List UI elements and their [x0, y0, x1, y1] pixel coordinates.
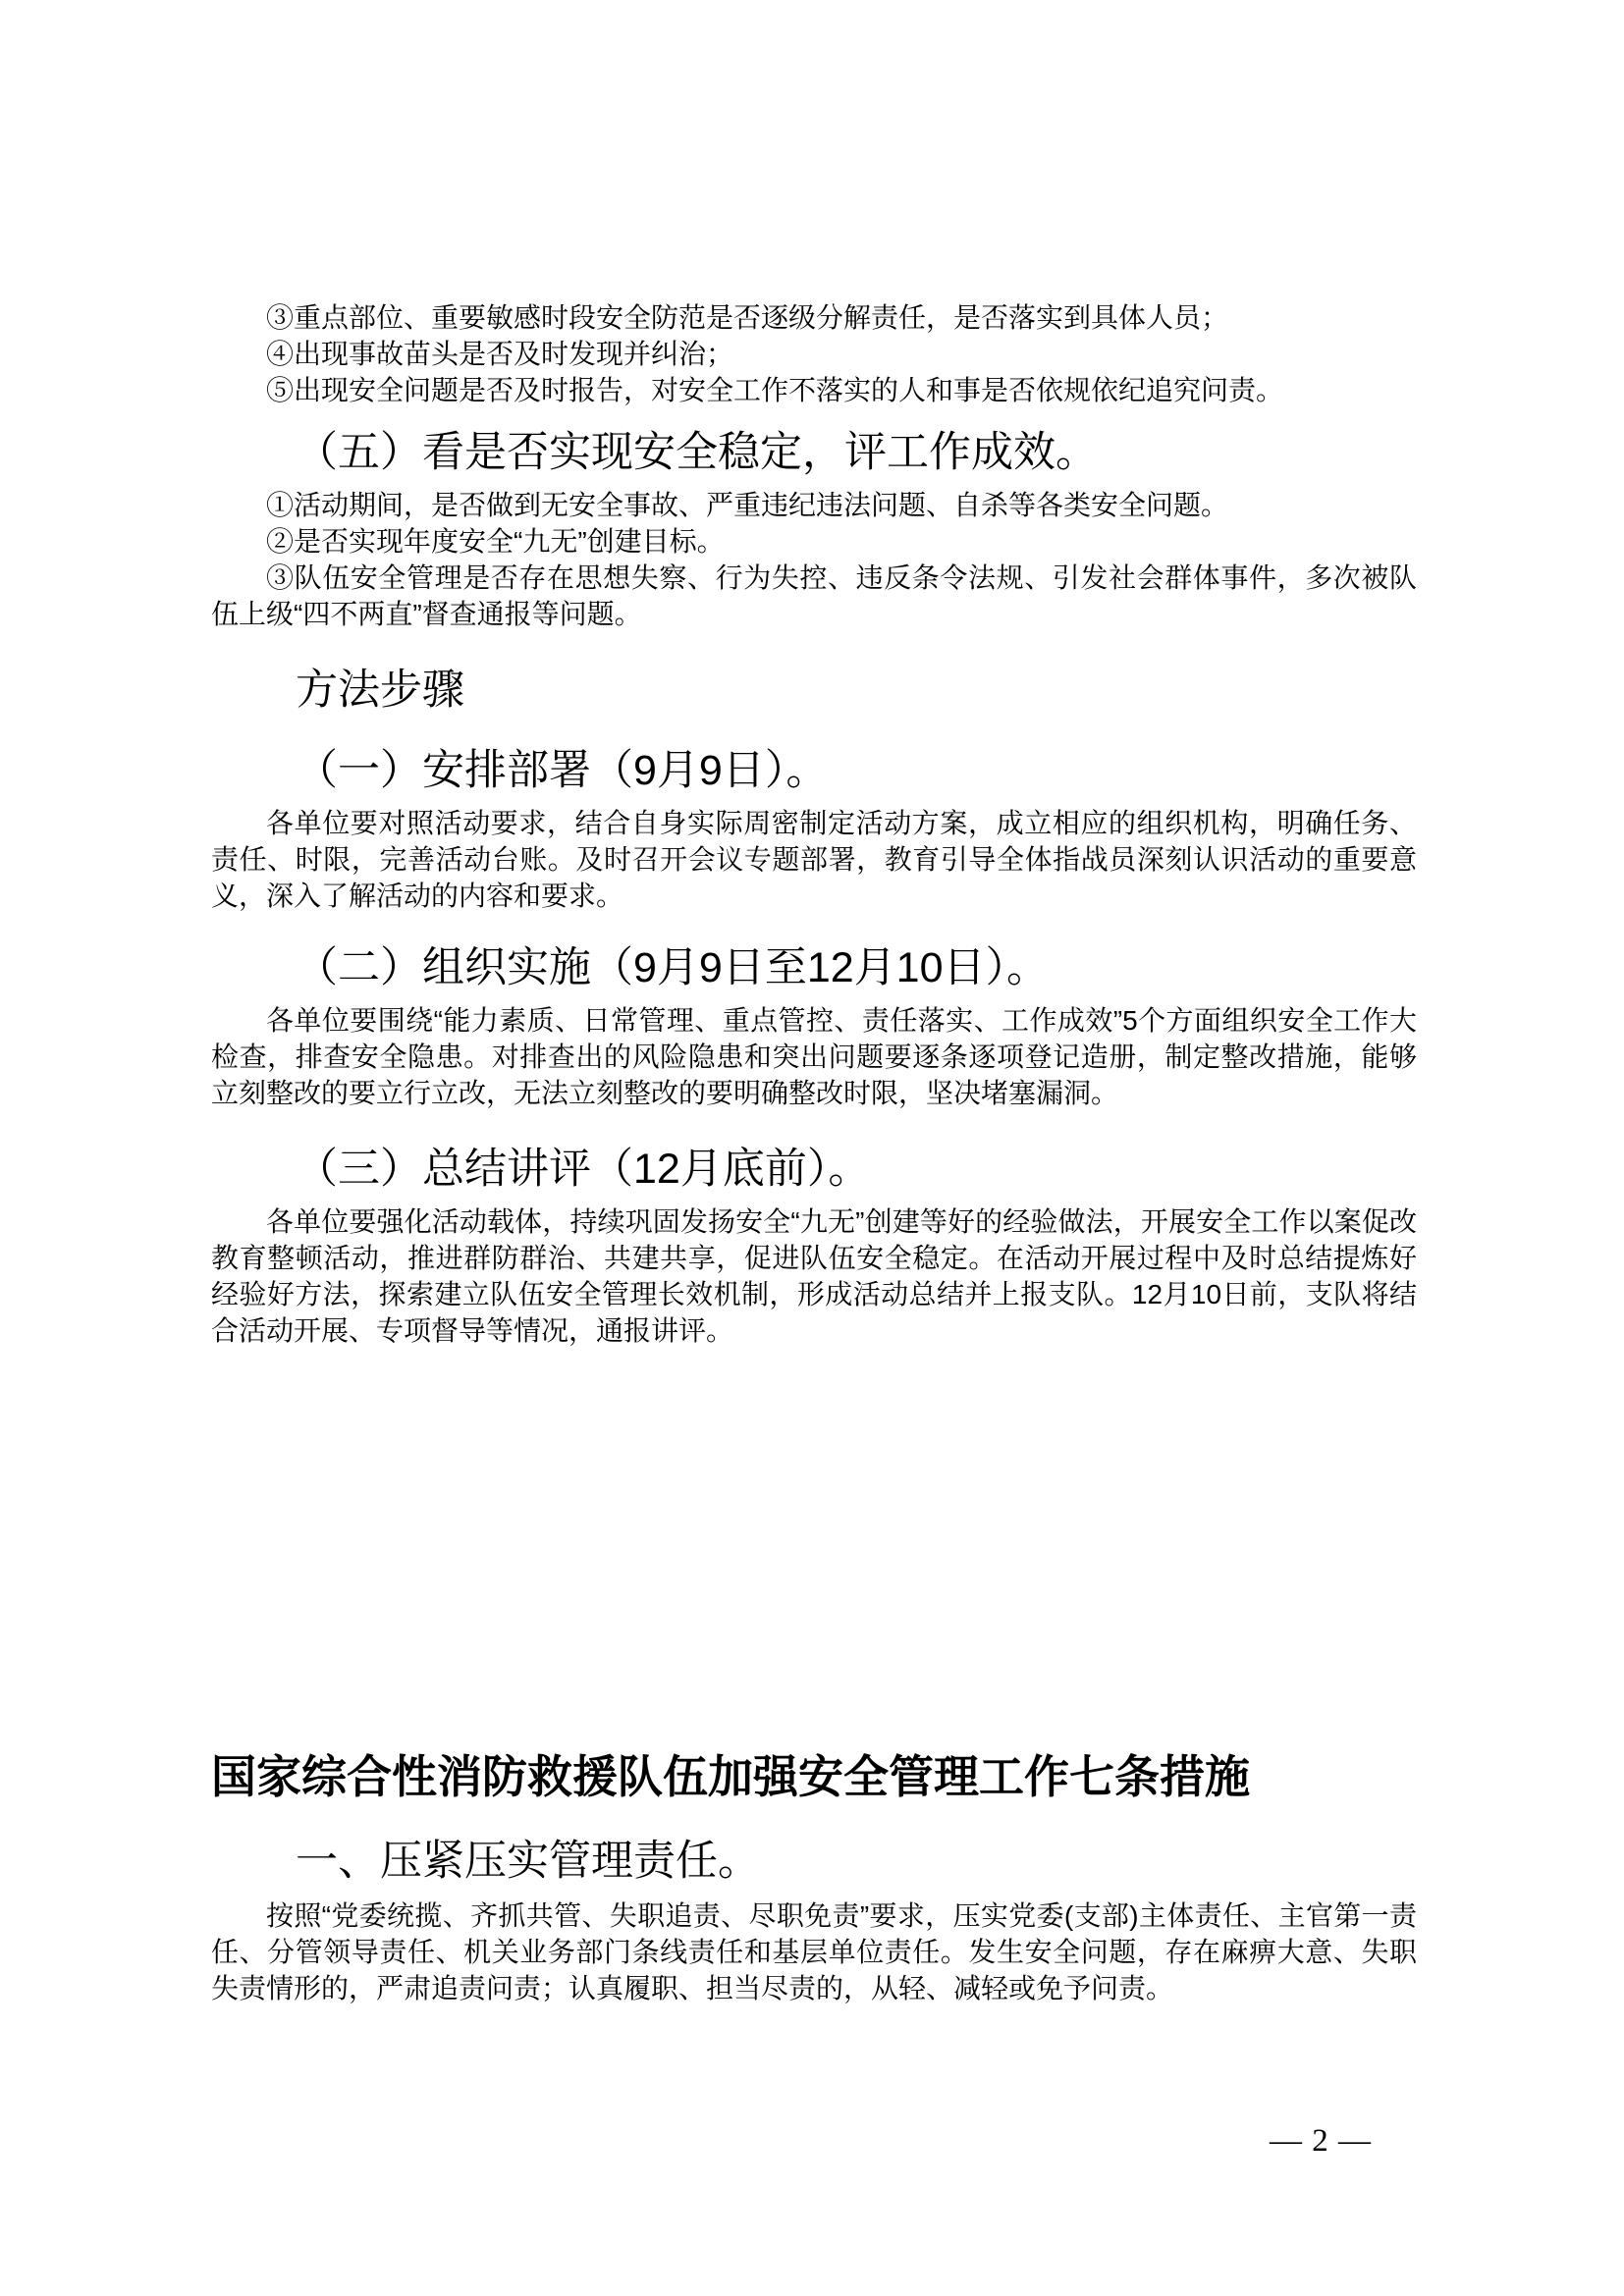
step-1-heading: （一）安排部署（9月9日）。: [211, 742, 1417, 799]
check-item-4: ④出现事故苗头是否及时发现并纠治；: [211, 336, 1417, 372]
section-5-item-1: ①活动期间，是否做到无安全事故、严重违纪违法问题、自杀等各类安全问题。: [211, 487, 1417, 523]
section-5-item-3: ③队伍安全管理是否存在思想失察、行为失控、违反条令法规、引发社会群体事件，多次被…: [211, 560, 1417, 632]
section-5-item-2: ②是否实现年度安全“九无”创建目标。: [211, 523, 1417, 560]
document-body: ③重点部位、重要敏感时段安全防范是否逐级分解责任，是否落实到具体人员； ④出现事…: [211, 0, 1417, 2006]
method-steps-heading: 方法步骤: [211, 662, 1417, 719]
page-number: — 2 —: [1270, 2123, 1372, 2160]
document-page: ③重点部位、重要敏感时段安全防范是否逐级分解责任，是否落实到具体人员； ④出现事…: [0, 0, 1624, 2296]
check-item-5: ⑤出现安全问题是否及时报告，对安全工作不落实的人和事是否依规依纪追究问责。: [211, 372, 1417, 408]
measure-1-paragraph: 按照“党委统揽、齐抓共管、失职追责、尽职免责”要求，压实党委(支部)主体责任、主…: [211, 1897, 1417, 2006]
step-3-heading: （三）总结讲评（12月底前）。: [211, 1141, 1417, 1198]
step-2-heading: （二）组织实施（9月9日至12月10日）。: [211, 939, 1417, 996]
step-1-paragraph: 各单位要对照活动要求，结合自身实际周密制定活动方案，成立相应的组织机构，明确任务…: [211, 805, 1417, 914]
step-3-paragraph: 各单位要强化活动载体，持续巩固发扬安全“九无”创建等好的经验做法，开展安全工作以…: [211, 1203, 1417, 1349]
document-title: 国家综合性消防救援队伍加强安全管理工作七条措施: [211, 1744, 1417, 1809]
measure-1-heading: 一、压紧压实管理责任。: [211, 1833, 1417, 1890]
section-5-heading: （五）看是否实现安全稳定，评工作成效。: [211, 424, 1417, 481]
check-item-3: ③重点部位、重要敏感时段安全防范是否逐级分解责任，是否落实到具体人员；: [211, 299, 1417, 336]
step-2-paragraph: 各单位要围绕“能力素质、日常管理、重点管控、责任落实、工作成效”5个方面组织安全…: [211, 1002, 1417, 1111]
